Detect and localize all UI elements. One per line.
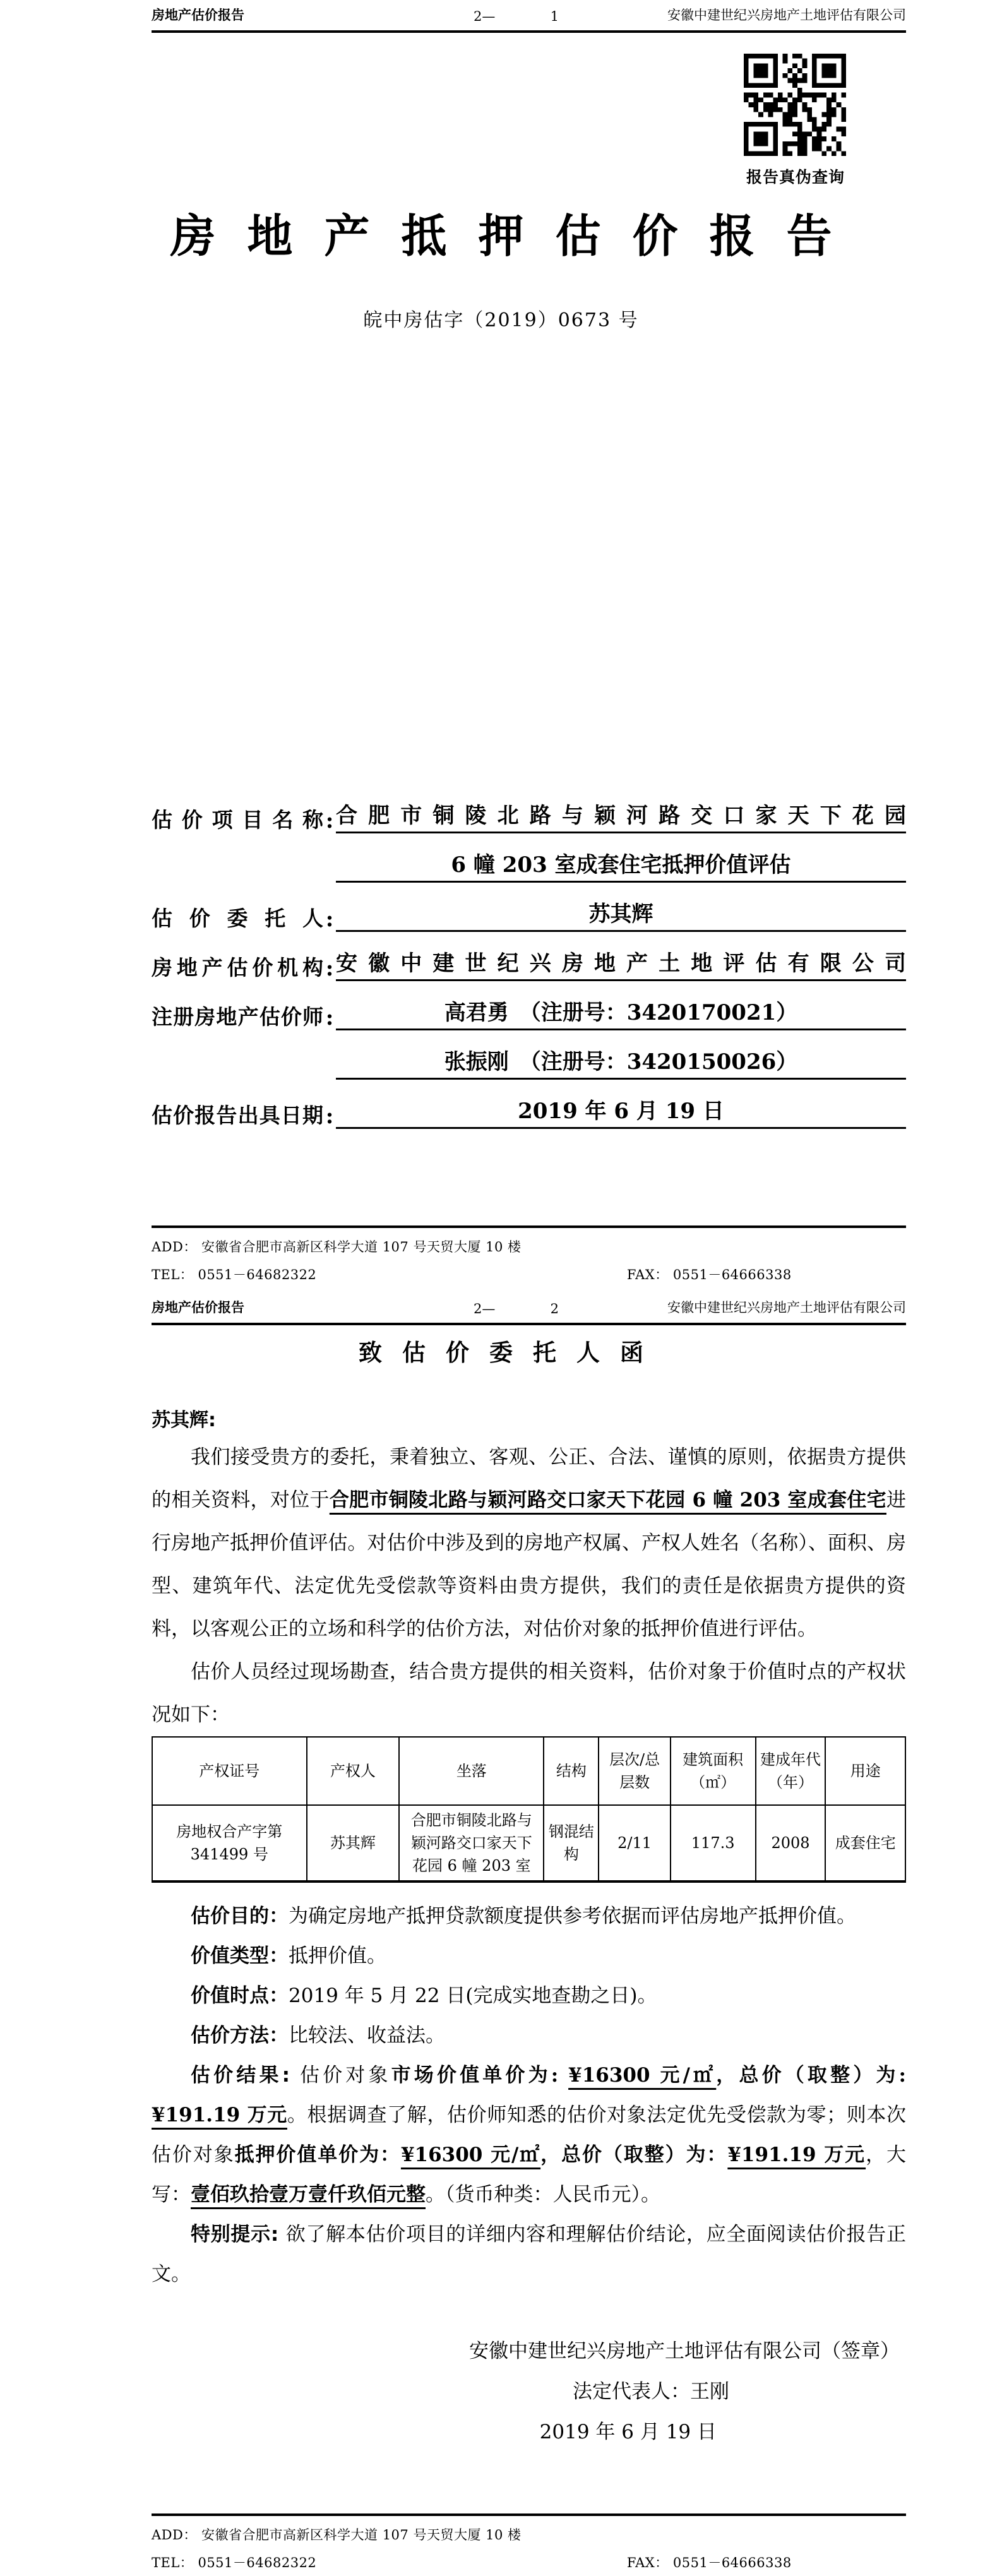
form-label: 估价委托人 (152, 902, 323, 932)
item-label: 特别提示: (191, 2223, 286, 2246)
header-company-name: 安徽中建世纪兴房地产土地评估有限公司 (559, 5, 906, 24)
form-row-appraiser-1: 注册房地产估价师 : 高君勇 （注册号：3420170021） (152, 981, 906, 1030)
cell-area: 117.3 (671, 1805, 756, 1881)
form-label: 估价报告出具日期 (152, 1099, 323, 1129)
item-method: 估价方法：比较法、收益法。 (152, 2016, 906, 2056)
form-colon: : (323, 907, 336, 932)
item-text: 2019 年 5 月 22 日(完成实地查勘之日)。 (289, 1984, 657, 2007)
header-page-number: 2 (551, 1301, 559, 1316)
result-text: 估价对象 (300, 2064, 391, 2087)
col-header-area: 建筑面积（㎡） (671, 1737, 756, 1805)
ownership-table: 产权证号 产权人 坐落 结构 层次/总层数 建筑面积（㎡） 建成年代（年） 用途… (152, 1736, 906, 1883)
item-label: 估价目的： (191, 1905, 289, 1928)
form-row-issue-date: 估价报告出具日期 : 2019 年 6 月 19 日 (152, 1080, 906, 1129)
footer-contacts: TEL： 0551－64682322 FAX： 0551－64666338 (152, 1265, 906, 1284)
col-header-location: 坐落 (399, 1737, 544, 1805)
qr-verification-block: 报告真伪查询 (744, 54, 847, 188)
form-label: 估价项目名称 (152, 804, 323, 833)
appraisal-report-document: 房地产估价报告 2— 1 安徽中建世纪兴房地产土地评估有限公司 报告真伪查询 房… (0, 0, 1002, 2576)
cell-owner: 苏其辉 (307, 1805, 400, 1881)
col-header-use: 用途 (825, 1737, 905, 1805)
letter-body: 苏其辉: 我们接受贵方的委托，秉着独立、客观、公正、合法、谨慎的原则，依据贵方提… (152, 1389, 906, 2452)
item-text: 比较法、收益法。 (289, 2024, 445, 2047)
item-result: 估价结果: 估价对象市场价值单价为: ¥16300 元/㎡，总价（取整）为: ¥… (152, 2056, 906, 2215)
qr-label: 报告真伪查询 (744, 165, 847, 188)
footer-contacts: TEL： 0551－64682322 FAX： 0551－64666338 (152, 2553, 906, 2572)
table-row: 房地权合产字第 341499 号 苏其辉 合肥市铜陵北路与颖河路交口家天下花园 … (152, 1805, 905, 1881)
header-page-prefix: 2— (474, 1301, 495, 1316)
page-footer: ADD： 安徽省合肥市高新区科学大道 107 号天贸大厦 10 楼 TEL： 0… (152, 1225, 906, 1284)
form-value: 张振刚 （注册号：3420150026） (336, 1044, 906, 1080)
item-purpose: 估价目的：为确定房地产抵押贷款额度提供参考依据而评估房地产抵押价值。 (152, 1897, 906, 1936)
cell-floor: 2/11 (599, 1805, 670, 1881)
cell-location: 合肥市铜陵北路与颖河路交口家天下花园 6 幢 203 室 (399, 1805, 544, 1881)
letter-greeting: 苏其辉: (152, 1404, 906, 1432)
qr-code (744, 54, 846, 156)
form-row-agency: 房地产估价机构 : 安徽中建世纪兴房地产土地评估有限公司 (152, 932, 906, 981)
unit-price-value: ¥16300 元/㎡ (568, 2064, 716, 2087)
footer-fax: FAX： 0551－64666338 (627, 1265, 792, 1284)
signature-date: 2019 年 6 月 19 日 (152, 2412, 906, 2452)
footer-rule (152, 2513, 906, 2516)
form-value: 高君勇 （注册号：3420170021） (336, 995, 906, 1030)
form-value: 6 幢 203 室成套住宅抵押价值评估 (336, 847, 906, 883)
form-colon: : (323, 956, 336, 981)
total-price-value: ¥191.19 万元 (152, 2104, 287, 2126)
result-text: 抵押价值单价为： (235, 2144, 401, 2166)
item-special-note: 特别提示: 欲了解本估价项目的详细内容和理解估价结论，应全面阅读估价报告正文。 (152, 2215, 906, 2294)
letter-page: 房地产估价报告 2— 2 安徽中建世纪兴房地产土地评估有限公司 致估价委托人函 … (0, 1294, 1002, 2576)
appraisal-items: 估价目的：为确定房地产抵押贷款额度提供参考依据而评估房地产抵押价值。 价值类型：… (152, 1897, 906, 2294)
form-value: 2019 年 6 月 19 日 (336, 1094, 906, 1129)
col-header-cert-no: 产权证号 (152, 1737, 307, 1805)
header-page-indicator: 2— 2 (474, 1301, 559, 1316)
mortgage-total-price-value: ¥191.19 万元 (727, 2144, 866, 2166)
item-label: 价值类型： (191, 1945, 289, 1967)
item-value-date: 价值时点：2019 年 5 月 22 日(完成实地查勘之日)。 (152, 1976, 906, 2016)
item-text: 为确定房地产抵押贷款额度提供参考依据而评估房地产抵押价值。 (289, 1905, 856, 1928)
form-label: 注册房地产估价师 (152, 1001, 323, 1030)
form-colon: : (323, 808, 336, 833)
footer-tel: TEL： 0551－64682322 (152, 1267, 316, 1282)
result-text: ，总价（取整）为: (716, 2064, 906, 2087)
item-value-type: 价值类型：抵押价值。 (152, 1936, 906, 1976)
result-text: 市场价值单价为: (391, 2064, 569, 2087)
col-header-owner: 产权人 (307, 1737, 400, 1805)
form-value: 苏其辉 (336, 897, 906, 932)
letter-title: 致估价委托人函 (0, 1333, 1002, 1368)
cell-cert-no: 房地权合产字第 341499 号 (152, 1805, 307, 1881)
item-label: 估价方法： (191, 2024, 289, 2047)
signature-block: 安徽中建世纪兴房地产土地评估有限公司（签章） 法定代表人：王刚 2019 年 6… (152, 2331, 906, 2452)
form-value: 安徽中建世纪兴房地产土地评估有限公司 (336, 946, 906, 981)
form-row-project-name-cont: 6 幢 203 室成套住宅抵押价值评估 (152, 833, 906, 883)
footer-fax: FAX： 0551－64666338 (627, 2553, 792, 2572)
footer-tel: TEL： 0551－64682322 (152, 2555, 316, 2570)
report-title: 房地产抵押估价报告 (0, 200, 1002, 265)
col-header-structure: 结构 (544, 1737, 599, 1805)
footer-address: ADD： 安徽省合肥市高新区科学大道 107 号天贸大厦 10 楼 (152, 2525, 906, 2544)
report-number: 皖中房估字（2019）0673 号 (0, 304, 1002, 332)
form-colon: : (323, 1005, 336, 1030)
page-header: 房地产估价报告 2— 2 安徽中建世纪兴房地产土地评估有限公司 (152, 1297, 906, 1325)
result-text: 。（货币种类：人民币元）。 (426, 2183, 660, 2206)
result-text: ，总价（取整）为： (540, 2144, 727, 2166)
letter-paragraph-2: 估价人员经过现场勘查，结合贵方提供的相关资料，估价对象于价值时点的产权状况如下： (152, 1650, 906, 1736)
cell-year-built: 2008 (756, 1805, 826, 1881)
header-page-indicator: 2— 1 (474, 9, 559, 24)
cover-page: 房地产估价报告 2— 1 安徽中建世纪兴房地产土地评估有限公司 报告真伪查询 房… (0, 0, 1002, 1294)
item-label: 价值时点： (191, 1984, 289, 2007)
signature-legal-rep: 法定代表人：王刚 (152, 2371, 906, 2412)
form-label: 房地产估价机构 (152, 951, 323, 981)
cell-use: 成套住宅 (825, 1805, 905, 1881)
letter-paragraph-1: 我们接受贵方的委托，秉着独立、客观、公正、合法、谨慎的原则，依据贵方提供的相关资… (152, 1436, 906, 1650)
form-colon: : (323, 1104, 336, 1129)
header-page-prefix: 2— (474, 9, 495, 24)
header-doc-type: 房地产估价报告 (152, 1297, 474, 1316)
mortgage-unit-price-value: ¥16300 元/㎡ (401, 2144, 540, 2166)
table-header-row: 产权证号 产权人 坐落 结构 层次/总层数 建筑面积（㎡） 建成年代（年） 用途 (152, 1737, 905, 1805)
cover-form: 估价项目名称 : 合肥市铜陵北路与颖河路交口家天下花园 6 幢 203 室成套住… (152, 794, 906, 1129)
subject-property-emphasis: 合肥市铜陵北路与颖河路交口家天下花园 6 幢 203 室成套住宅 (330, 1489, 886, 1512)
header-page-number: 1 (551, 9, 559, 24)
form-value: 合肥市铜陵北路与颖河路交口家天下花园 (336, 798, 906, 833)
paragraph-text: 进行房地产抵押价值评估。对估价中涉及到的房地产权属、产权人姓名（名称）、面积、房… (152, 1489, 906, 1640)
page-header: 房地产估价报告 2— 1 安徽中建世纪兴房地产土地评估有限公司 (152, 5, 906, 33)
cell-structure: 钢混结构 (544, 1805, 599, 1881)
item-text: 抵押价值。 (289, 1945, 386, 1967)
col-header-year-built: 建成年代（年） (756, 1737, 826, 1805)
col-header-floor: 层次/总层数 (599, 1737, 670, 1805)
amount-in-words: 壹佰玖拾壹万壹仟玖佰元整 (191, 2183, 426, 2206)
form-row-appraiser-2: 张振刚 （注册号：3420150026） (152, 1030, 906, 1080)
form-row-project-name: 估价项目名称 : 合肥市铜陵北路与颖河路交口家天下花园 (152, 794, 906, 833)
item-label: 估价结果: (191, 2064, 300, 2087)
footer-rule (152, 1225, 906, 1228)
footer-address: ADD： 安徽省合肥市高新区科学大道 107 号天贸大厦 10 楼 (152, 1237, 906, 1256)
header-company-name: 安徽中建世纪兴房地产土地评估有限公司 (559, 1297, 906, 1316)
header-doc-type: 房地产估价报告 (152, 5, 474, 24)
page-footer: ADD： 安徽省合肥市高新区科学大道 107 号天贸大厦 10 楼 TEL： 0… (152, 2513, 906, 2572)
form-row-client: 估价委托人 : 苏其辉 (152, 883, 906, 932)
signature-company: 安徽中建世纪兴房地产土地评估有限公司（签章） (152, 2331, 906, 2371)
